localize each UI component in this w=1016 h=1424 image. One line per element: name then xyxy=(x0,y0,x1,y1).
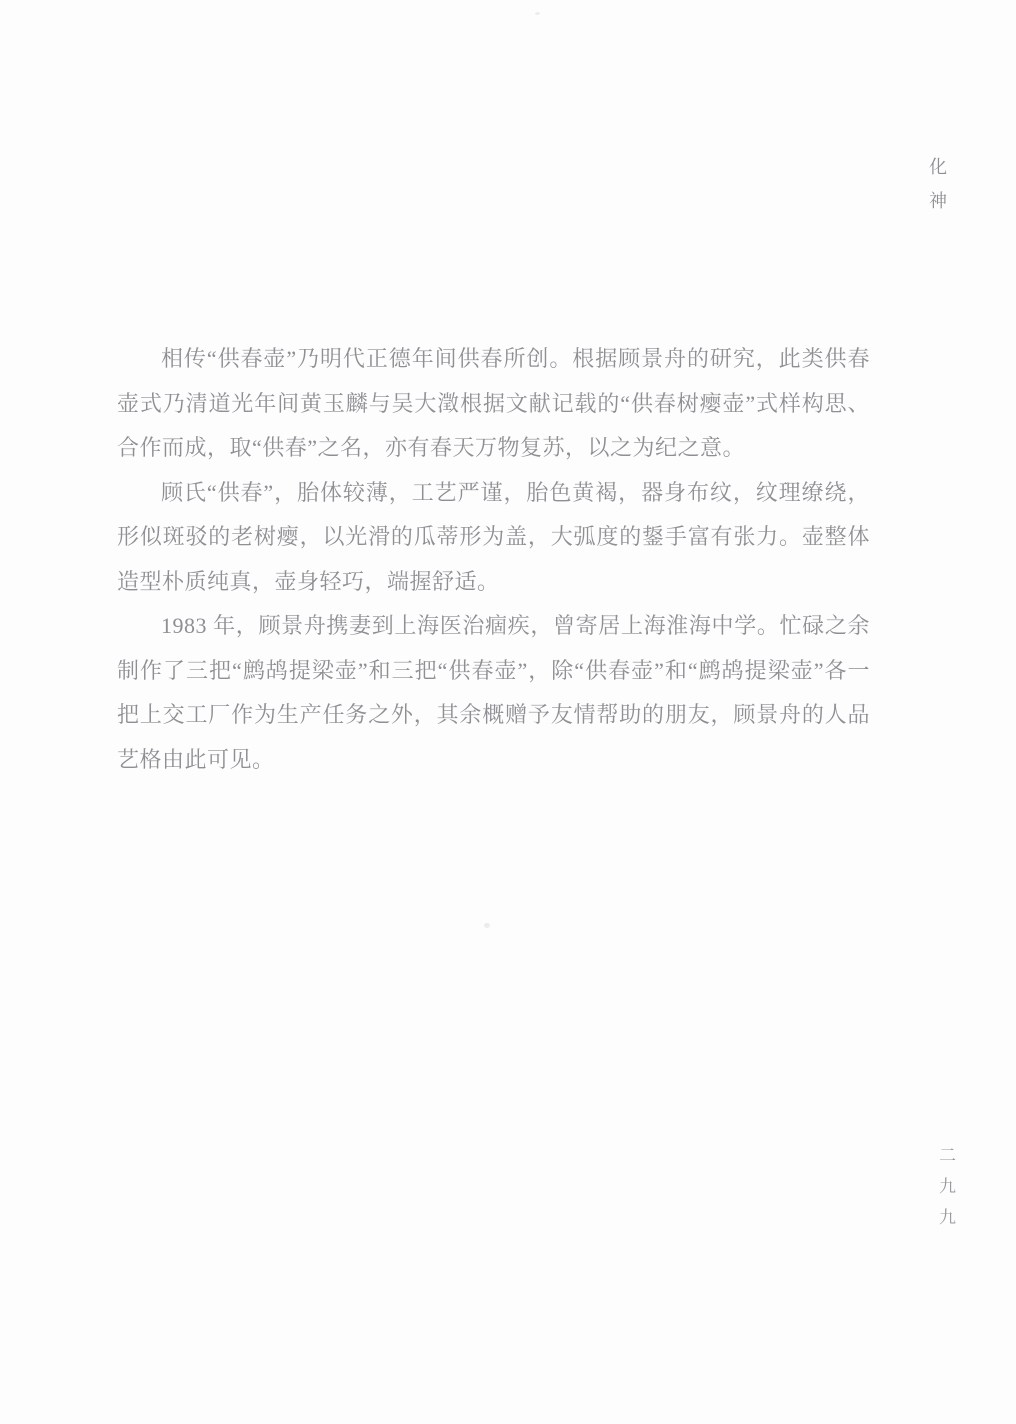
body-text: 相传“供春壶”乃明代正德年间供春所创。根据顾景舟的研究，此类供春壶式乃清道光年间… xyxy=(117,337,870,782)
running-head: 化神 xyxy=(924,157,950,225)
book-page: 化神 相传“供春壶”乃明代正德年间供春所创。根据顾景舟的研究，此类供春壶式乃清道… xyxy=(0,0,1016,1424)
scan-speck xyxy=(484,923,490,928)
page-number: 二九九 xyxy=(933,1146,958,1239)
scan-speck xyxy=(535,12,540,15)
paragraph-1: 相传“供春壶”乃明代正德年间供春所创。根据顾景舟的研究，此类供春壶式乃清道光年间… xyxy=(117,337,870,471)
paragraph-2: 顾氏“供春”，胎体较薄，工艺严谨，胎色黄褐，器身布纹，纹理缭绕，形似斑驳的老树瘿… xyxy=(117,471,870,605)
paragraph-3: 1983 年，顾景舟携妻到上海医治痼疾，曾寄居上海淮海中学。忙碌之余制作了三把“… xyxy=(117,604,870,782)
